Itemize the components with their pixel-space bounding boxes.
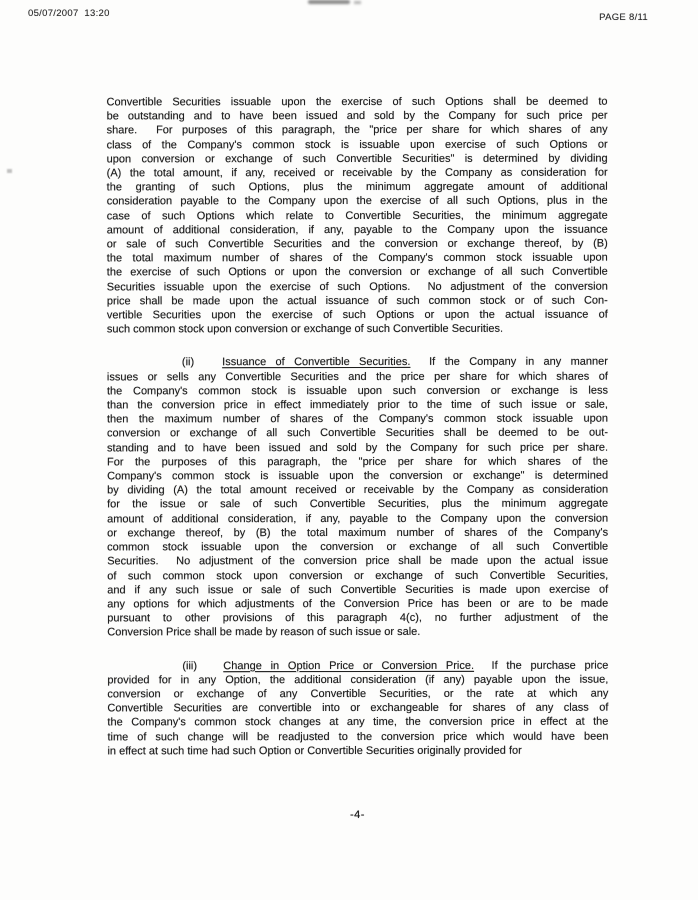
text-line: the total maximum number of shares of th… [107, 251, 608, 266]
line-text: amount of additional consideration, if a… [107, 223, 608, 236]
line-text: class of the Company's common stock is i… [107, 138, 608, 151]
line-text: amount of additional consideration, if a… [107, 512, 608, 525]
text-line: the Company's common stock changes at an… [107, 715, 608, 730]
line-text: For the purposes of this paragraph, the … [107, 456, 608, 469]
text-line: consideration payable to the Company upo… [107, 194, 608, 209]
text-line: by dividing (A) the total amount receive… [107, 483, 608, 498]
line-text: the Company's common stock is issuable u… [107, 385, 608, 398]
text-line: common stock issuable upon the conversio… [107, 540, 608, 555]
paragraph: (iii) Change in Option Price or Conversi… [107, 658, 608, 758]
line-text: time of such change will be readjusted t… [107, 730, 608, 743]
text-line: than the conversion price in effect imme… [107, 398, 608, 413]
document-page: 05/07/2007 13:20 PAGE 8/11 Convertible S… [0, 0, 698, 900]
line-text: the granting of such Options, plus the m… [107, 181, 608, 194]
text-line: any options for which adjustments of the… [107, 597, 608, 612]
text-line: (ii) Issuance of Convertible Securities.… [107, 355, 608, 370]
document-body: Convertible Securities issuable upon the… [107, 95, 609, 759]
text-line: (A) the total amount, if any, received o… [107, 166, 608, 181]
line-text: pursuant to other provisions of this par… [107, 612, 608, 625]
text-line: For the purposes of this paragraph, the … [107, 455, 608, 470]
text-line: Convertible Securities issuable upon the… [107, 95, 608, 110]
text-line: time of such change will be readjusted t… [107, 729, 608, 744]
text-line: vertible Securities upon the exercise of… [107, 308, 608, 323]
paragraph: Convertible Securities issuable upon the… [107, 95, 608, 337]
text-line: Company's common stock is issuable upon … [107, 469, 608, 484]
text-line: the granting of such Options, plus the m… [107, 180, 608, 195]
line-text: share. For purposes of this paragraph, t… [107, 124, 608, 137]
text-line: issues or sells any Convertible Securiti… [107, 369, 608, 384]
line-text: consideration payable to the Company upo… [107, 195, 608, 208]
heading-underlined-text: Issuance of Convertible Securities. [222, 356, 410, 368]
fax-header-page-label: PAGE 8/11 [599, 12, 648, 23]
text-line: standing and to have been issued and sol… [107, 440, 608, 455]
line-text: Company's common stock is issuable upon … [107, 470, 608, 483]
line-text: standing and to have been issued and sol… [107, 441, 608, 454]
text-line: pursuant to other provisions of this par… [107, 611, 608, 626]
line-text: Securities. No adjustment of the convers… [107, 555, 608, 568]
text-line: conversion or exchange of all such Conve… [107, 426, 608, 441]
text-line: or exchange thereof, by (B) the total ma… [107, 526, 608, 541]
text-line: the exercise of such Options or upon the… [107, 265, 608, 280]
line-text: the exercise of such Options or upon the… [107, 266, 608, 279]
line-text: Convertible Securities are convertible i… [107, 702, 608, 715]
text-line: provided for in any Option, the addition… [107, 672, 608, 687]
line-text: by dividing (A) the total amount receive… [107, 484, 608, 497]
text-line: for the issue or sale of such Convertibl… [107, 497, 608, 512]
line-text: the Company's common stock changes at an… [107, 716, 608, 729]
line-text: case of such Options which relate to Con… [107, 209, 608, 222]
text-line: such common stock upon conversion or exc… [107, 322, 608, 337]
line-text: in effect at such time had such Option o… [107, 745, 521, 758]
text-line: Convertible Securities are convertible i… [107, 701, 608, 716]
text-line: the Company's common stock is issuable u… [107, 384, 608, 399]
text-line: case of such Options which relate to Con… [107, 208, 608, 223]
line-text: such common stock upon conversion or exc… [107, 323, 503, 336]
fax-header-datetime: 05/07/2007 13:20 [28, 8, 110, 19]
text-line: Conversion Price shall be made by reason… [107, 625, 608, 640]
line-text: for the issue or sale of such Convertibl… [107, 498, 608, 511]
text-line: price shall be made upon the actual issu… [107, 293, 608, 308]
line-text: (ii) [182, 357, 222, 369]
text-line: or sale of such Convertible Securities a… [107, 237, 608, 252]
text-line: amount of additional consideration, if a… [107, 511, 608, 526]
line-text: conversion or exchange of all such Conve… [107, 427, 608, 440]
text-line: be outstanding and to have been issued a… [107, 109, 608, 124]
text-line: class of the Company's common stock is i… [107, 137, 608, 152]
line-text: of such common stock upon conversion or … [107, 569, 608, 582]
line-text: the total maximum number of shares of th… [107, 252, 608, 265]
line-text: Conversion Price shall be made by reason… [107, 626, 420, 638]
line-text: (iii) [182, 660, 223, 672]
line-text: than the conversion price in effect imme… [107, 399, 608, 412]
text-line: then the maximum number of shares of the… [107, 412, 608, 427]
line-text: Convertible Securities issuable upon the… [107, 96, 608, 109]
line-text: vertible Securities upon the exercise of… [107, 309, 608, 322]
text-line: Securities. No adjustment of the convers… [107, 554, 608, 569]
text-line: (iii) Change in Option Price or Conversi… [107, 658, 608, 673]
line-text: or exchange thereof, by (B) the total ma… [107, 527, 608, 540]
heading-underlined-text: Change in Option Price or Conversion Pri… [223, 659, 474, 671]
page-number: -4- [107, 809, 608, 821]
text-line: conversion or exchange of any Convertibl… [107, 687, 608, 702]
line-text: common stock issuable upon the conversio… [107, 541, 608, 554]
line-text: provided for in any Option, the addition… [107, 673, 608, 686]
line-text: Securities issuable upon the exercise of… [107, 280, 608, 293]
line-text: then the maximum number of shares of the… [107, 413, 608, 426]
line-text: be outstanding and to have been issued a… [107, 110, 608, 123]
line-text: (A) the total amount, if any, received o… [107, 167, 608, 180]
text-line: upon conversion or exchange of such Conv… [107, 151, 608, 166]
text-line: amount of additional consideration, if a… [107, 222, 608, 237]
line-text: or sale of such Convertible Securities a… [107, 238, 608, 251]
line-text: upon conversion or exchange of such Conv… [107, 152, 608, 165]
line-text: price shall be made upon the actual issu… [107, 294, 608, 307]
text-line: of such common stock upon conversion or … [107, 568, 608, 583]
text-line: and if any such issue or sale of such Co… [107, 582, 608, 597]
scan-artifact-top-dot [354, 1, 361, 4]
line-text: conversion or exchange of any Convertibl… [107, 688, 608, 701]
text-line: in effect at such time had such Option o… [107, 743, 608, 758]
text-line: Securities issuable upon the exercise of… [107, 279, 608, 294]
line-text: and if any such issue or sale of such Co… [107, 583, 608, 596]
line-text: If the purchase price [474, 659, 608, 671]
line-text: issues or sells any Convertible Securiti… [107, 370, 608, 383]
scan-artifact-top-smudge [308, 0, 350, 4]
paragraph: (ii) Issuance of Convertible Securities.… [107, 355, 608, 640]
scan-artifact-left-speck [7, 169, 12, 173]
line-text: any options for which adjustments of the… [107, 598, 608, 611]
line-text: If the Company in any manner [410, 356, 608, 368]
text-line: share. For purposes of this paragraph, t… [107, 123, 608, 138]
